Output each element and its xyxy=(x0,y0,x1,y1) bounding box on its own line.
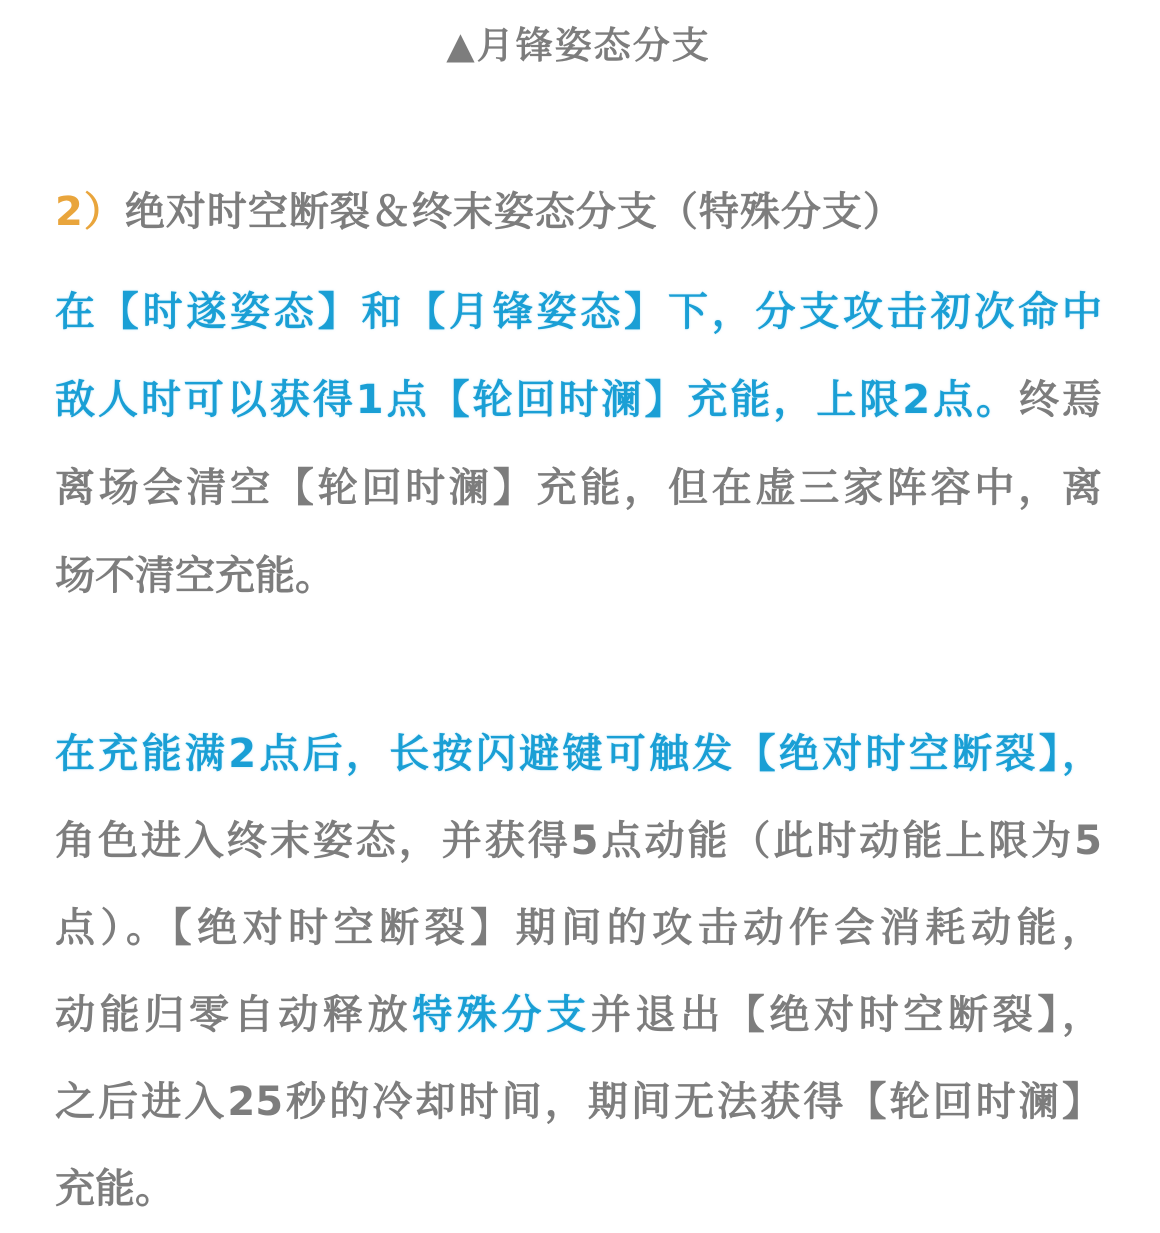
text-segment: 角色进入终末姿态，并获得5点动能（此时动能上限为5 xyxy=(55,818,1102,864)
text-line: 充能。 xyxy=(55,1146,1102,1233)
guide-document: ▲月锋姿态分支 2）绝对时空断裂＆终末姿态分支（特殊分支） 在【时遂姿态】和【月… xyxy=(0,0,1160,1233)
text-segment: 点）。【绝对时空断裂】期间的攻击动作会消耗动能， xyxy=(55,905,1102,951)
text-segment: 特殊分支 xyxy=(412,992,591,1038)
paragraph-charge-rules: 在【时遂姿态】和【月锋姿态】下，分支攻击初次命中 敌人时可以获得1点【轮回时澜】… xyxy=(55,268,1102,620)
text-line: 场不清空充能。 xyxy=(55,532,1102,620)
text-segment: 充能。 xyxy=(55,1166,175,1212)
text-line: 在【时遂姿态】和【月锋姿态】下，分支攻击初次命中 xyxy=(55,268,1102,356)
text-segment: 场不清空充能。 xyxy=(55,553,335,599)
text-segment: 终焉 xyxy=(1019,377,1102,423)
text-segment: 敌人时可以获得1点【轮回时澜】充能，上限2点。 xyxy=(55,377,1019,423)
text-line: 之后进入25秒的冷却时间，期间无法获得【轮回时澜】 xyxy=(55,1059,1102,1146)
text-line: 点）。【绝对时空断裂】期间的攻击动作会消耗动能， xyxy=(55,885,1102,972)
text-line: 敌人时可以获得1点【轮回时澜】充能，上限2点。终焉 xyxy=(55,356,1102,444)
heading-number: 2） xyxy=(55,189,125,235)
text-segment: 在充能满2点后，长按闪避键可触发【绝对时空断裂】， xyxy=(55,731,1102,777)
text-line: 动能归零自动释放特殊分支并退出【绝对时空断裂】， xyxy=(55,972,1102,1059)
heading-title: 绝对时空断裂＆终末姿态分支（特殊分支） xyxy=(125,189,904,235)
section-heading: 2）绝对时空断裂＆终末姿态分支（特殊分支） xyxy=(55,180,1102,244)
text-segment: 动能归零自动释放 xyxy=(55,992,412,1038)
text-segment: 并退出【绝对时空断裂】， xyxy=(591,992,1102,1038)
triangle-up-icon: ▲ xyxy=(446,24,476,67)
text-line: 角色进入终末姿态，并获得5点动能（此时动能上限为5 xyxy=(55,798,1102,885)
text-segment: 之后进入25秒的冷却时间，期间无法获得【轮回时澜】 xyxy=(55,1079,1102,1125)
text-segment: 离场会清空【轮回时澜】充能，但在虚三家阵容中，离 xyxy=(55,465,1102,511)
paragraph-trigger-rules: 在充能满2点后，长按闪避键可触发【绝对时空断裂】， 角色进入终末姿态，并获得5点… xyxy=(55,711,1102,1233)
caption-text: 月锋姿态分支 xyxy=(477,24,711,67)
text-line: 在充能满2点后，长按闪避键可触发【绝对时空断裂】， xyxy=(55,711,1102,798)
text-segment: 在【时遂姿态】和【月锋姿态】下，分支攻击初次命中 xyxy=(55,289,1102,335)
figure-caption: ▲月锋姿态分支 xyxy=(55,14,1102,78)
text-line: 离场会清空【轮回时澜】充能，但在虚三家阵容中，离 xyxy=(55,444,1102,532)
